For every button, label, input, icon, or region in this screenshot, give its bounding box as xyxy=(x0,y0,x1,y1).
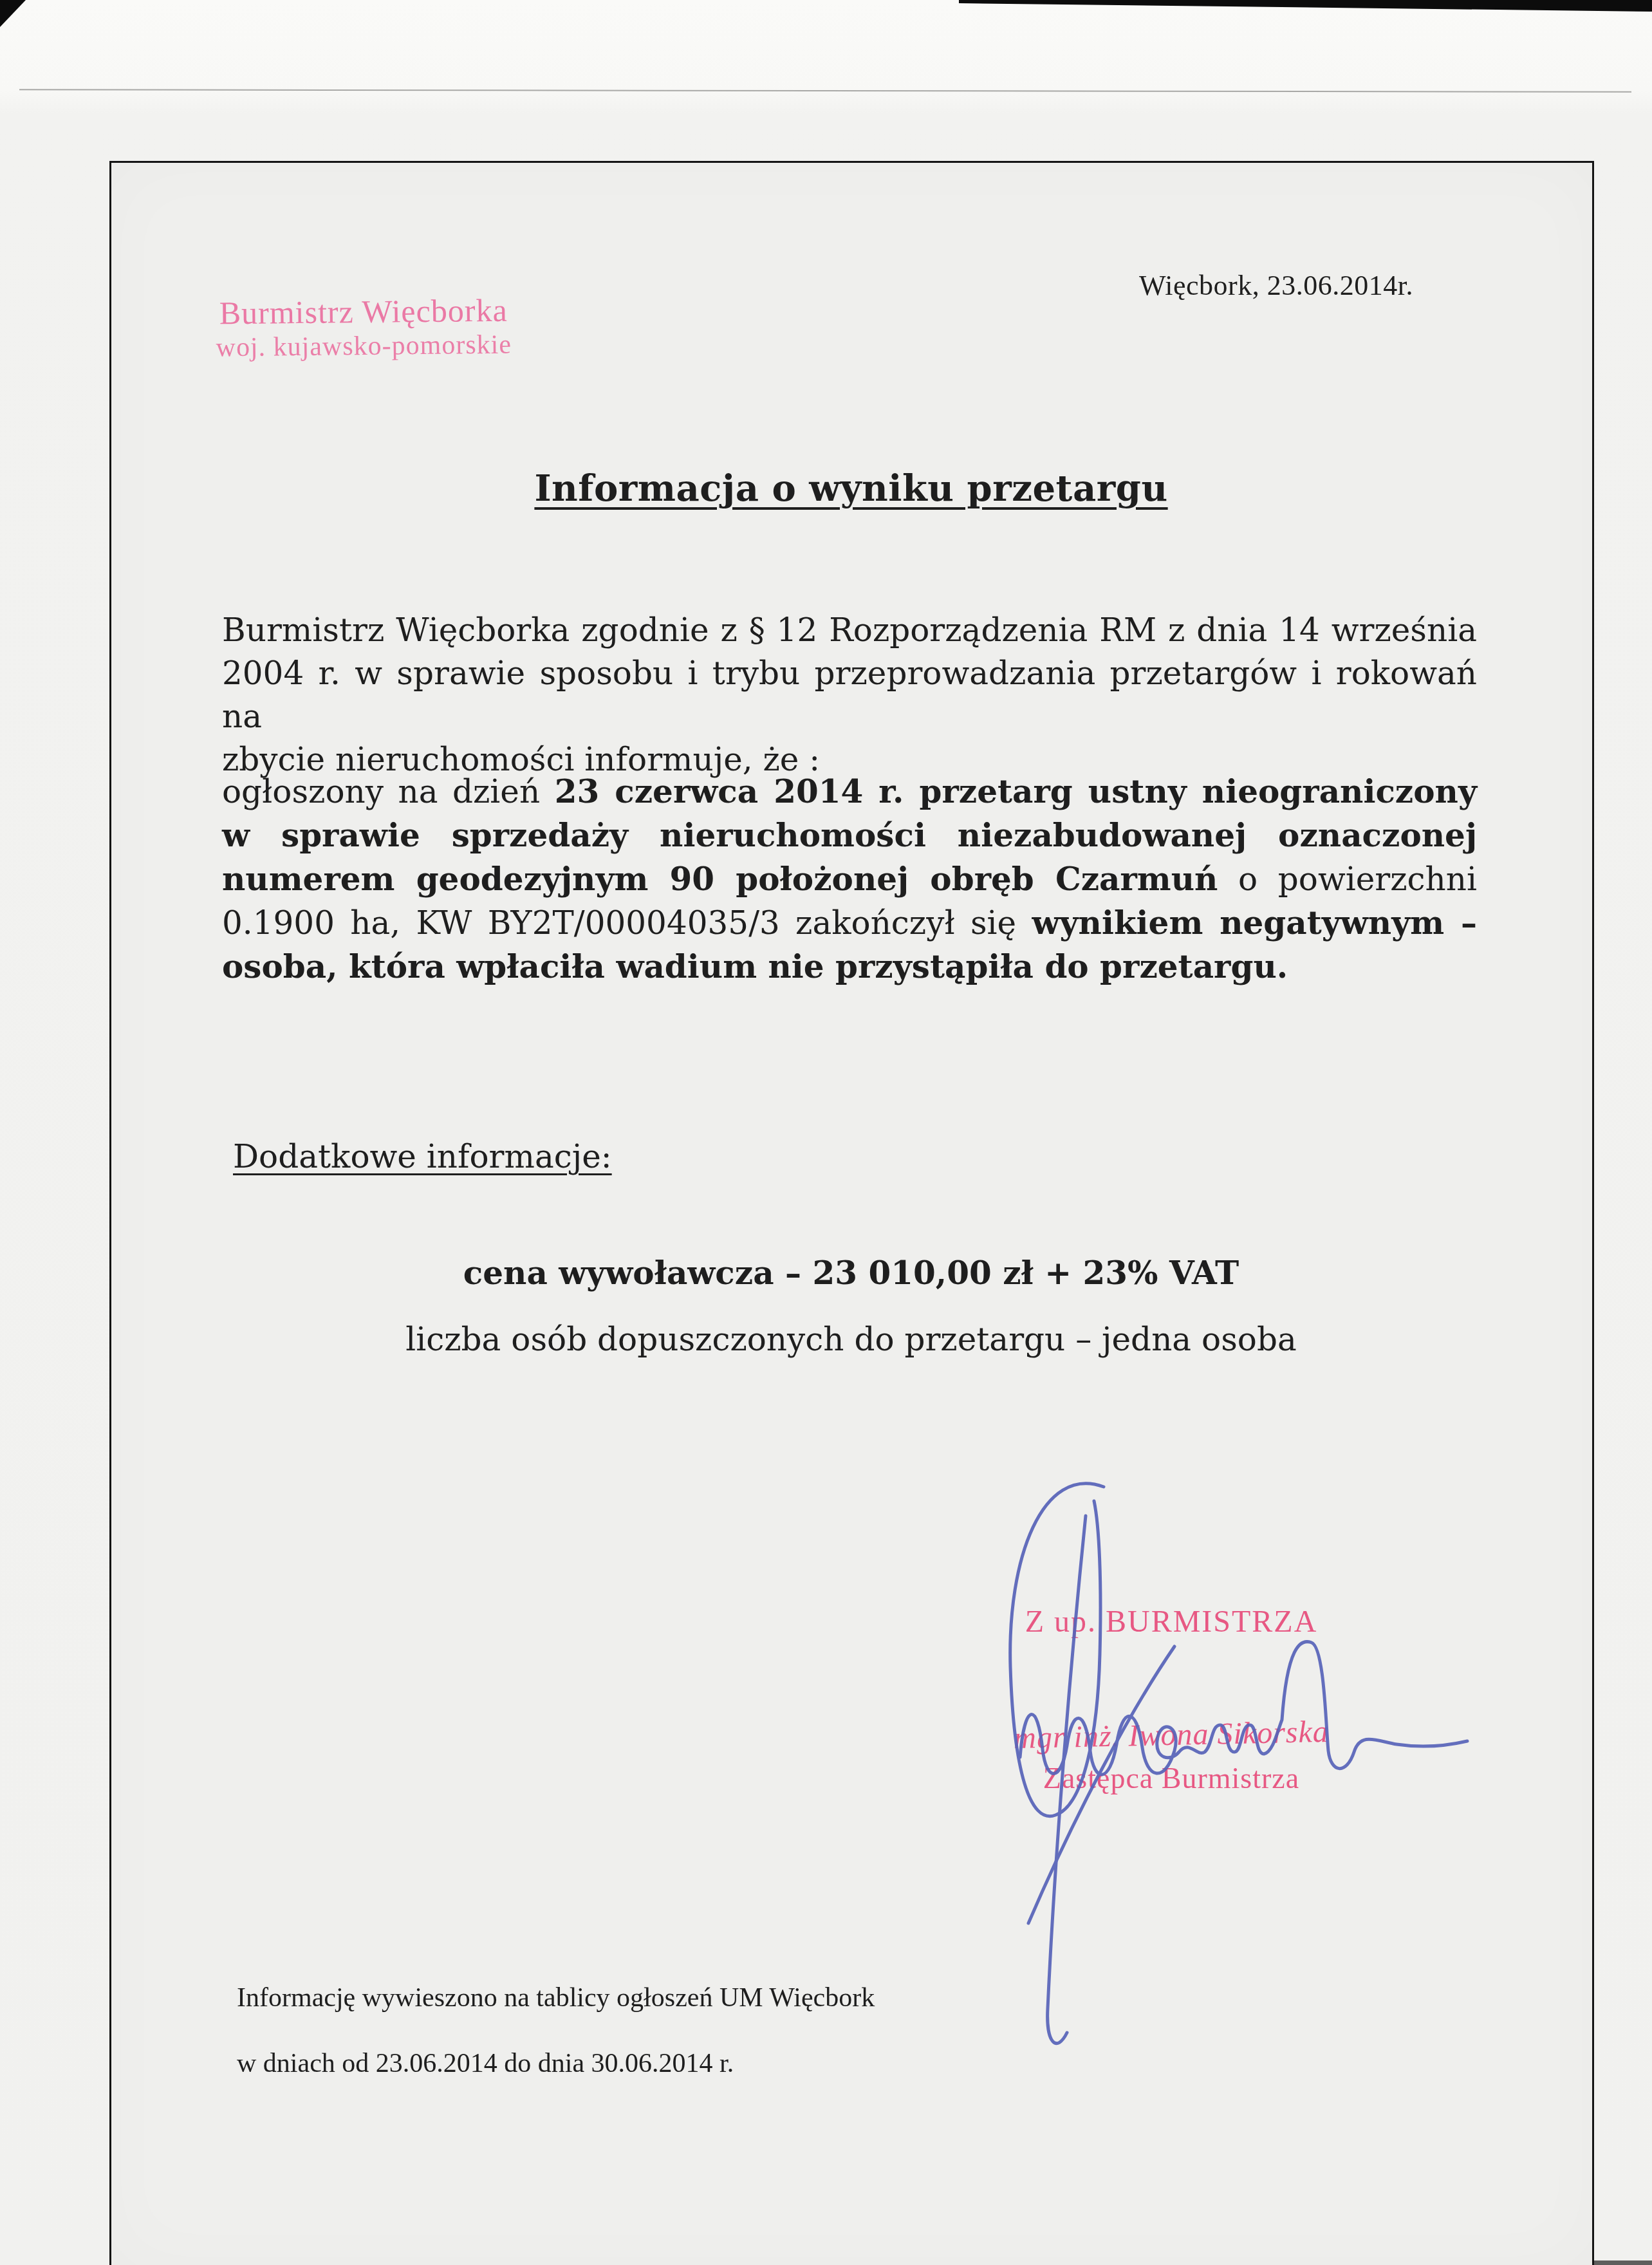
text-run: w sprawie sprzedaży nieruchomości niezab… xyxy=(222,816,1477,854)
text-run: 0.1900 ha, KW BY2T/00004035/3 zakończył … xyxy=(222,904,1032,942)
handwritten-signature-ink xyxy=(952,1455,1506,2060)
text-run: o powierzchni xyxy=(1218,861,1477,898)
scanned-document-page: Burmistrz Więcborka woj. kujawsko-pomors… xyxy=(0,0,1652,2265)
body-line: numerem geodezyjnym 90 położonej obręb C… xyxy=(222,857,1477,901)
document-title: Informacja o wyniku przetargu xyxy=(111,467,1592,510)
scan-seam-line xyxy=(19,89,1631,92)
text-run: Burmistrz Więcborka zgodnie z § 12 Rozpo… xyxy=(222,611,1477,649)
text-run: osoba, która wpłaciła wadium nie przystą… xyxy=(222,947,1288,985)
body-line: 0.1900 ha, KW BY2T/00004035/3 zakończył … xyxy=(222,901,1477,945)
body-line: osoba, która wpłaciła wadium nie przystą… xyxy=(222,945,1477,989)
body-paragraph-result: ogłoszony na dzień 23 czerwca 2014 r. pr… xyxy=(222,770,1477,989)
body-line: ogłoszony na dzień 23 czerwca 2014 r. pr… xyxy=(222,770,1477,814)
signature-scrawl-stroke xyxy=(1020,1642,1467,1775)
body-line: Burmistrz Więcborka zgodnie z § 12 Rozpo… xyxy=(222,609,1477,652)
header-stamp-office-name: Burmistrz Więcborka xyxy=(212,292,515,332)
additional-info-heading-text: Dodatkowe informacje: xyxy=(233,1138,612,1175)
body-line: 2004 r. w sprawie sposobu i trybu przepr… xyxy=(222,652,1477,738)
posting-note-line1: Informację wywieszono na tablicy ogłosze… xyxy=(237,1982,875,2013)
header-stamp-voivodeship: woj. kujawsko-pomorskie xyxy=(212,329,515,364)
body-line: w sprawie sprzedaży nieruchomości niezab… xyxy=(222,814,1477,857)
signature-cross-stroke xyxy=(1028,1646,1174,1923)
signature-loop-stroke xyxy=(1010,1484,1104,1816)
body-paragraph-intro: Burmistrz Więcborka zgodnie z § 12 Rozpo… xyxy=(222,609,1477,781)
signature-descender-stroke xyxy=(1048,1516,1086,2044)
posting-note-line2: w dniach od 23.06.2014 do dnia 30.06.201… xyxy=(237,2048,734,2079)
text-run: 23 czerwca 2014 r. przetarg ustny nieogr… xyxy=(555,772,1477,810)
scan-edge-artifact-top-right xyxy=(959,0,1652,12)
scan-corner-artifact-top-left xyxy=(0,0,26,27)
text-run: wynikiem negatywnym – xyxy=(1032,904,1477,942)
place-and-date: Więcbork, 23.06.2014r. xyxy=(1139,269,1413,302)
starting-price-line: cena wywoławcza – 23 010,00 zł + 23% VAT xyxy=(111,1254,1592,1292)
text-run: 2004 r. w sprawie sposobu i trybu przepr… xyxy=(222,655,1477,735)
document-title-text: Informacja o wyniku przetargu xyxy=(534,467,1167,510)
text-run: ogłoszony na dzień xyxy=(222,773,555,810)
additional-info-heading: Dodatkowe informacje: xyxy=(233,1138,612,1175)
admitted-persons-line: liczba osób dopuszczonych do przetargu –… xyxy=(111,1321,1592,1358)
text-run: numerem geodezyjnym 90 położonej obręb C… xyxy=(222,860,1218,898)
header-office-stamp: Burmistrz Więcborka woj. kujawsko-pomors… xyxy=(212,292,515,364)
